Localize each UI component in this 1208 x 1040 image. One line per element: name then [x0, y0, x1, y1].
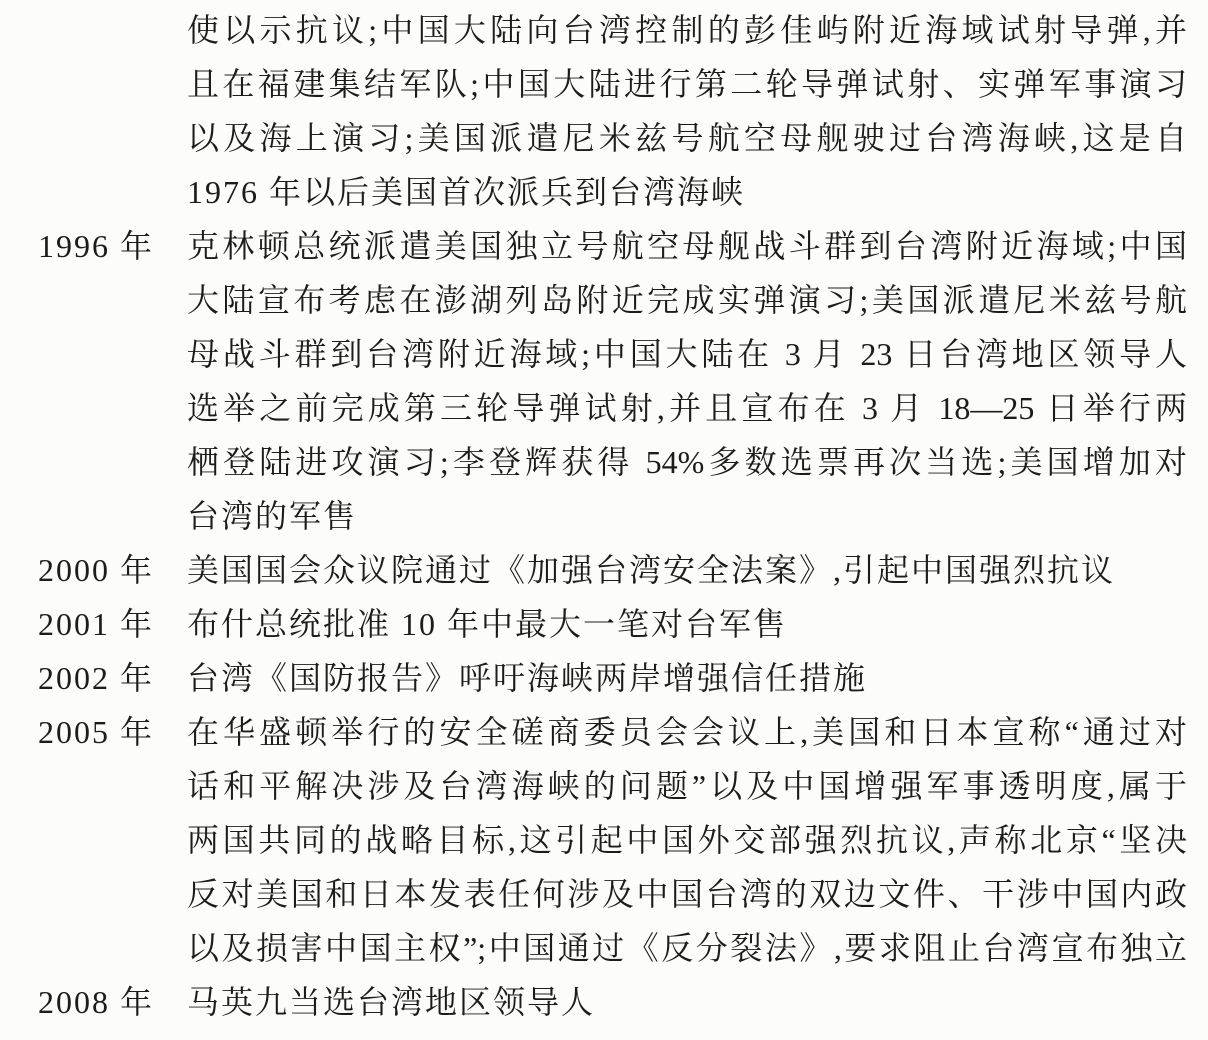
timeline-entry-2002: 2002 年 台湾《国防报告》呼吁海峡两岸增强信任措施 [0, 651, 1208, 705]
timeline-entry-2000: 2000 年 美国国会众议院通过《加强台湾安全法案》,引起中国强烈抗议 [0, 543, 1208, 597]
entry-line: 美国国会众议院通过《加强台湾安全法案》,引起中国强烈抗议 [187, 543, 1187, 597]
year-label: 2005 年 [0, 705, 187, 759]
entry-line: 两国共同的战略目标,这引起中国外交部强烈抗议,声称北京“坚决 [187, 813, 1187, 867]
entry-line: 马英九当选台湾地区领导人 [187, 975, 1187, 1029]
entry-line: 栖登陆进攻演习;李登辉获得 54%多数选票再次当选;美国增加对 [187, 435, 1187, 489]
year-label [0, 3, 187, 57]
year-label: 2000 年 [0, 543, 187, 597]
document-page: 使以示抗议;中国大陆向台湾控制的彭佳屿附近海域试射导弹,并 且在福建集结军队;中… [0, 0, 1208, 1040]
entry-text: 布什总统批准 10 年中最大一笔对台军售 [187, 597, 1187, 651]
entry-text: 在华盛顿举行的安全磋商委员会会议上,美国和日本宣称“通过对 话和平解决涉及台湾海… [187, 705, 1187, 975]
entry-line: 以及损害中国主权”;中国通过《反分裂法》,要求阻止台湾宣布独立 [187, 921, 1187, 975]
year-label: 2002 年 [0, 651, 187, 705]
entry-text: 马英九当选台湾地区领导人 [187, 975, 1187, 1029]
timeline-entry-2008: 2008 年 马英九当选台湾地区领导人 [0, 975, 1208, 1029]
year-label: 2001 年 [0, 597, 187, 651]
entry-line: 克林顿总统派遣美国独立号航空母舰战斗群到台湾附近海域;中国 [187, 219, 1187, 273]
entry-line: 话和平解决涉及台湾海峡的问题”以及中国增强军事透明度,属于 [187, 759, 1187, 813]
entry-line: 1976 年以后美国首次派兵到台湾海峡 [187, 165, 1187, 219]
timeline-entry-continuation: 使以示抗议;中国大陆向台湾控制的彭佳屿附近海域试射导弹,并 且在福建集结军队;中… [0, 3, 1208, 219]
entry-line: 使以示抗议;中国大陆向台湾控制的彭佳屿附近海域试射导弹,并 [187, 3, 1187, 57]
entry-text: 美国国会众议院通过《加强台湾安全法案》,引起中国强烈抗议 [187, 543, 1187, 597]
year-label: 1996 年 [0, 219, 187, 273]
entry-text: 使以示抗议;中国大陆向台湾控制的彭佳屿附近海域试射导弹,并 且在福建集结军队;中… [187, 3, 1187, 219]
timeline-entry-1996: 1996 年 克林顿总统派遣美国独立号航空母舰战斗群到台湾附近海域;中国 大陆宣… [0, 219, 1208, 543]
entry-line: 选举之前完成第三轮导弹试射,并且宣布在 3 月 18—25 日举行两 [187, 381, 1187, 435]
entry-line: 大陆宣布考虑在澎湖列岛附近完成实弹演习;美国派遣尼米兹号航 [187, 273, 1187, 327]
entry-line: 母战斗群到台湾附近海域;中国大陆在 3 月 23 日台湾地区领导人 [187, 327, 1187, 381]
timeline-entry-2001: 2001 年 布什总统批准 10 年中最大一笔对台军售 [0, 597, 1208, 651]
entry-line: 台湾《国防报告》呼吁海峡两岸增强信任措施 [187, 651, 1187, 705]
entry-text: 台湾《国防报告》呼吁海峡两岸增强信任措施 [187, 651, 1187, 705]
entry-line: 且在福建集结军队;中国大陆进行第二轮导弹试射、实弹军事演习 [187, 57, 1187, 111]
entry-text: 克林顿总统派遣美国独立号航空母舰战斗群到台湾附近海域;中国 大陆宣布考虑在澎湖列… [187, 219, 1187, 543]
timeline-entry-2005: 2005 年 在华盛顿举行的安全磋商委员会会议上,美国和日本宣称“通过对 话和平… [0, 705, 1208, 975]
entry-line: 以及海上演习;美国派遣尼米兹号航空母舰驶过台湾海峡,这是自 [187, 111, 1187, 165]
year-label: 2008 年 [0, 975, 187, 1029]
entry-line: 在华盛顿举行的安全磋商委员会会议上,美国和日本宣称“通过对 [187, 705, 1187, 759]
entry-line: 布什总统批准 10 年中最大一笔对台军售 [187, 597, 1187, 651]
entry-line: 反对美国和日本发表任何涉及中国台湾的双边文件、干涉中国内政 [187, 867, 1187, 921]
entry-line: 台湾的军售 [187, 489, 1187, 543]
